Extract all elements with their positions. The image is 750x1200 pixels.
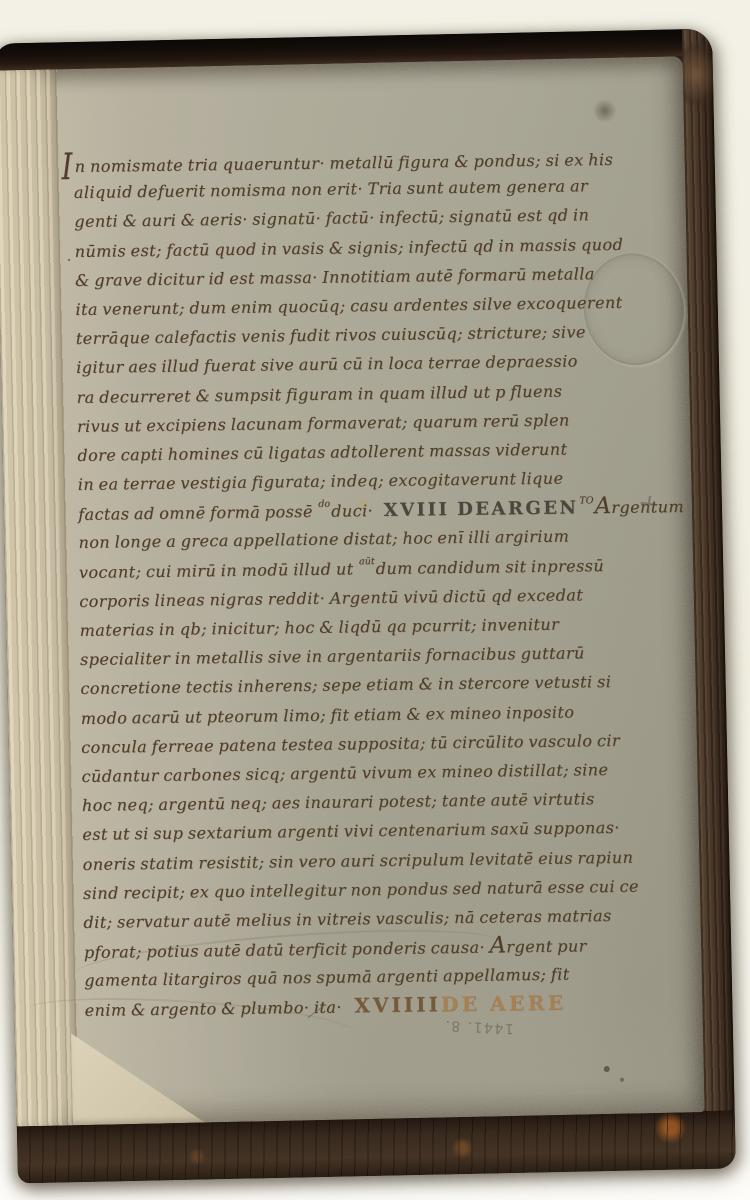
text-segment: ra decurreret & sumpsit figuram in quam … [76, 381, 562, 406]
text-segment: pforat; potius autē datū terficit ponder… [84, 938, 490, 962]
text-segment: & grave dicitur id est massa· Innotitiam… [75, 264, 595, 290]
text-segment: in ea terrae vestigia figurata; indeq; e… [78, 469, 564, 494]
text-segment: XVIIII [354, 993, 441, 1018]
text-segment: A [594, 493, 611, 519]
parchment-corner-fold [71, 1030, 223, 1125]
text-segment: est ut si sup sextarium argenti vivi cen… [82, 818, 620, 844]
text-segment: rgent pur [506, 936, 587, 956]
text-segment: dum candidum sit inpressū [376, 556, 605, 578]
text-segment: cūdantur carbones sicq; argentū vivum ex… [81, 760, 608, 786]
text-segment: aūt [359, 556, 375, 567]
text-segment: rivus ut excipiens lacunam formaverat; q… [77, 410, 570, 435]
parchment-speck [620, 1078, 624, 1082]
text-segment: nūmis est; factū quod in vasis & signis;… [75, 234, 624, 260]
text-segment: non longe a greca appellatione distat; h… [78, 527, 569, 552]
text-segment: sind recipit; ex quo intellegitur non po… [83, 876, 639, 902]
text-segment: I [61, 148, 73, 188]
text-segment: corporis lineas nigras reddit· Argentū v… [79, 585, 583, 611]
manuscript-text-block: In nomismate tria quaeruntur· metallū fi… [73, 141, 659, 1024]
text-segment: concretione tectis inherens; sepe etiam … [80, 672, 611, 698]
text-segment: igitur aes illud fuerat sive aurū cū in … [76, 352, 578, 378]
text-segment: concula ferreae patena testea supposita;… [81, 731, 620, 757]
manuscript-line: enim & argento & plumbo· ita· XVIIIIDE A… [84, 988, 659, 1025]
text-segment: vocant; cui mirū in modū illud ut [79, 559, 358, 582]
text-segment: duci· [331, 501, 378, 521]
text-segment: genti & auri & aeris· signatū· factū· in… [74, 206, 589, 232]
text-segment: hoc neq; argentū neq; aes inaurari potes… [82, 789, 595, 815]
text-segment: dore capti homines cū ligatas adtolleren… [77, 439, 567, 464]
text-segment: do [318, 499, 330, 510]
margin-mark-dot: · [67, 251, 72, 269]
parchment-stain [593, 98, 616, 124]
text-segment: A [489, 932, 506, 958]
text-segment: materias in qb; inicitur; hoc & liqdū qa… [80, 615, 560, 640]
text-segment: oneris statim resistit; sin vero auri sc… [83, 847, 634, 873]
text-segment: dit; servatur autē melius in vitreis vas… [83, 906, 611, 932]
text-segment: factas ad omnē formā possē [78, 502, 317, 524]
parchment-speck [604, 1066, 610, 1072]
book-binding: In nomismate tria quaeruntur· metallū fi… [0, 29, 736, 1184]
text-segment: ita venerunt; dum enim quocūq; casu arde… [75, 293, 622, 319]
text-segment: gamenta litargiros quā nos spumā argenti… [84, 965, 570, 990]
text-segment: XVIII DEARGEN [384, 498, 579, 522]
margin-cross-mark: + [636, 488, 662, 521]
manuscript-photo: In nomismate tria quaeruntur· metallū fi… [0, 0, 750, 1200]
text-segment: aliquid defuerit nomisma non erit· Tria … [74, 176, 588, 202]
text-segment: specialiter in metallis sive in argentar… [80, 644, 585, 670]
page-gutter-folds [0, 69, 79, 1126]
text-segment: TO [579, 495, 593, 506]
text-segment: terrāque calefactis venis fudit rivos cu… [76, 322, 586, 348]
text-segment: modo acarū ut pteorum limo; fit etiam & … [81, 702, 575, 727]
text-segment: DE AERE [441, 991, 567, 1017]
parchment-page: In nomismate tria quaeruntur· metallū fi… [0, 56, 705, 1126]
